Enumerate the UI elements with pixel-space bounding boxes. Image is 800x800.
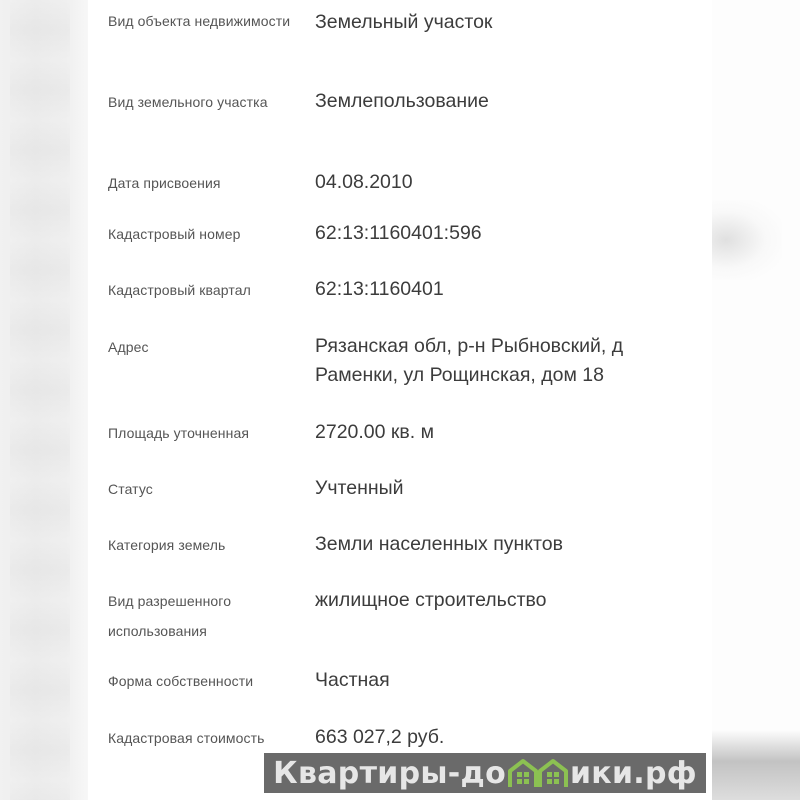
field-value[interactable]: Учтенный	[315, 474, 695, 502]
background-blur-patch	[712, 200, 782, 280]
field-value[interactable]: жилищное строительство	[315, 586, 695, 614]
field-value[interactable]: Земли населенных пунктов	[315, 530, 695, 558]
field-value[interactable]: 62:13:1160401:596	[315, 219, 695, 247]
field-value[interactable]: 2720.00 кв. м	[315, 418, 695, 446]
field-value[interactable]: 62:13:1160401	[315, 275, 695, 303]
property-info-card: Вид объекта недвижимости Земельный участ…	[88, 0, 712, 800]
house-icon	[507, 758, 569, 788]
field-label: Кадастровая стоимость	[108, 723, 298, 753]
field-value[interactable]: Землепользование	[315, 87, 695, 115]
watermark-text-end: ики.рф	[570, 756, 697, 791]
field-label: Кадастровый квартал	[108, 275, 298, 305]
background-blur-patch	[712, 730, 800, 800]
field-label: Дата присвоения	[108, 168, 298, 198]
field-label: Статус	[108, 474, 298, 504]
site-watermark: Квартиры-до ики.рф	[264, 753, 706, 793]
field-value[interactable]: Частная	[315, 666, 695, 694]
field-label: Категория земель	[108, 530, 298, 560]
field-value[interactable]: 04.08.2010	[315, 168, 695, 196]
field-value[interactable]: Земельный участок	[315, 8, 695, 36]
field-value[interactable]: 663 027,2 руб.	[315, 723, 695, 751]
field-label: Адрес	[108, 332, 298, 362]
field-label: Форма собственности	[108, 666, 298, 696]
field-label: Вид земельного участка	[108, 87, 298, 117]
field-label: Вид объекта недвижимости	[108, 6, 298, 36]
field-label: Вид разрешенного использования	[108, 586, 298, 646]
field-label: Площадь уточненная	[108, 418, 298, 448]
field-value[interactable]: Рязанская обл, р-н Рыбновский, д Раменки…	[315, 332, 695, 390]
blurred-background-right	[712, 0, 800, 800]
watermark-text-start: Квартиры-до	[273, 756, 506, 791]
field-label: Кадастровый номер	[108, 219, 298, 249]
blurred-background-left	[0, 0, 88, 800]
